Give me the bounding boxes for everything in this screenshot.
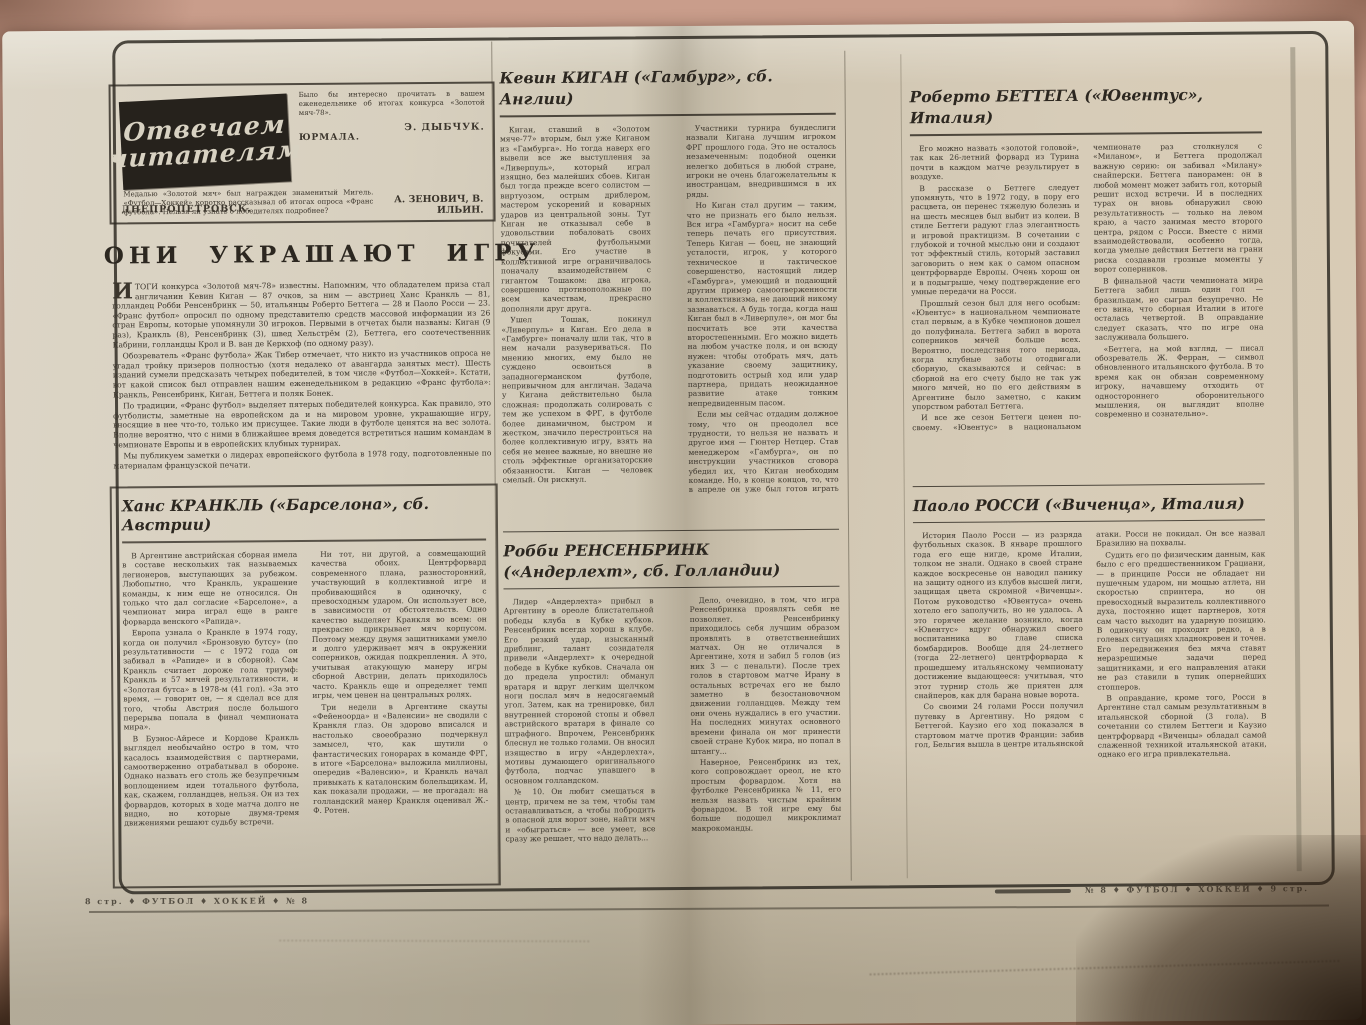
article-krankl: Ханс КРАНКЛЬ («Барселона», сб. Австрии) …	[110, 483, 501, 888]
article-rensenbrink: Робби РЕНСЕНБРИНК («Андерлехт», сб. Голл…	[503, 523, 842, 882]
article-bettega-title: Роберто БЕТТЕГА («Ювентус», Италия)	[910, 83, 1262, 128]
page-footer-left: 8 стр. ♦ ФУТБОЛ ♦ ХОККЕЙ ♦ № 8	[85, 896, 309, 907]
showthrough-marks	[279, 940, 589, 943]
letter-2-authors: А. ЗЕНОВИЧ, В. ИЛЬИН.	[353, 194, 483, 217]
article-bettega-body: Его можно назвать «золотой головой», так…	[910, 141, 1265, 480]
article-keegan: Кевин КИГАН («Гамбург», сб. Англии) Кига…	[499, 65, 838, 500]
dropcap: И	[112, 282, 135, 301]
reader-letter-1: Было бы интересно прочитать в вашем ежен…	[299, 90, 485, 118]
letter-1-author: Э. ДЫБЧУК.	[404, 122, 485, 134]
article-bettega: Роберто БЕТТЕГА («Ювентус», Италия) Его …	[910, 83, 1265, 480]
article-keegan-body: Киган, ставший в «Золотом мяче-77» вторы…	[500, 123, 839, 500]
article-rensenbrink-title: Робби РЕНСЕНБРИНК («Андерлехт», сб. Голл…	[503, 538, 839, 583]
lead-article-body: ИТОГИ конкурса «Золотой мяч-78» известны…	[112, 279, 492, 510]
letter-2-city: ДНЕПРОПЕТРОВСК.	[121, 203, 251, 215]
article-rensenbrink-body: Лидер «Андерлехта» прибыл в Аргентину в …	[504, 595, 842, 882]
footer-dash	[995, 889, 1071, 894]
table-corner-shadow	[1076, 835, 1366, 1025]
lead-first-paragraph: ИТОГИ конкурса «Золотой мяч-78» известны…	[112, 279, 491, 349]
newspaper-photo-scene: Отвечаем читателям Было бы интересно про…	[0, 0, 1366, 1025]
article-rossi: Паоло РОССИ («Виченца», Италия) История …	[913, 477, 1268, 865]
article-rossi-title: Паоло РОССИ («Виченца», Италия)	[913, 492, 1265, 516]
article-krankl-body: В Аргентине австрийская сборная имела в …	[122, 549, 489, 912]
masthead-logo: Отвечаем читателям	[119, 93, 291, 190]
article-rossi-body: История Паоло Росси — из разряда футболь…	[913, 528, 1268, 865]
main-headline: ОНИ УКРАШАЮТ ИГРУ	[104, 239, 498, 269]
article-keegan-title: Кевин КИГАН («Гамбург», сб. Англии)	[499, 65, 835, 110]
letter-1-city: ЮРМАЛА.	[299, 133, 360, 143]
article-krankl-title: Ханс КРАНКЛЬ («Барселона», сб. Австрии)	[122, 494, 486, 544]
